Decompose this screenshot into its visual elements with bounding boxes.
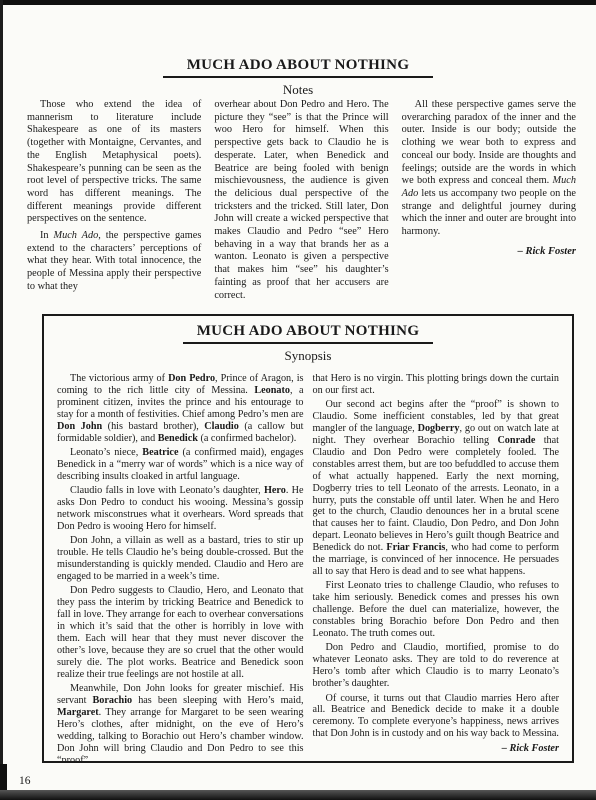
paragraph: Don Pedro suggests to Claudio, Hero, and… bbox=[57, 585, 304, 680]
scan-edge-bottom bbox=[0, 790, 596, 800]
notes-title: MUCH ADO ABOUT NOTHING bbox=[163, 57, 434, 78]
synopsis-column-2: that Hero is no virgin. This plotting br… bbox=[313, 373, 560, 763]
paragraph: Don Pedro and Claudio, mortified, promis… bbox=[313, 642, 560, 690]
page-number: 16 bbox=[19, 775, 31, 787]
synopsis-column-2-text: that Hero is no virgin. This plotting br… bbox=[313, 373, 560, 740]
paragraph: All these perspective games serve the ov… bbox=[402, 99, 576, 239]
synopsis-title: MUCH ADO ABOUT NOTHING bbox=[183, 323, 434, 344]
synopsis-columns: The victorious army of Don Pedro, Prince… bbox=[57, 373, 559, 763]
notes-column-3: All these perspective games serve the ov… bbox=[402, 99, 576, 306]
paragraph: First Leonato tries to challenge Claudio… bbox=[313, 580, 560, 640]
notes-columns: Those who extend the idea of mannerism t… bbox=[27, 99, 576, 306]
notes-column-1: Those who extend the idea of mannerism t… bbox=[27, 99, 201, 306]
paragraph: Claudio falls in love with Leonato’s dau… bbox=[57, 485, 304, 533]
notes-column-3-text: All these perspective games serve the ov… bbox=[402, 99, 576, 239]
notes-signature: – Rick Foster bbox=[402, 246, 576, 259]
notes-column-2: overhear about Don Pedro and Hero. The p… bbox=[214, 99, 388, 306]
paragraph: overhear about Don Pedro and Hero. The p… bbox=[214, 99, 388, 302]
paragraph: Don John, a villain as well as a bastard… bbox=[57, 535, 304, 583]
synopsis-column-1: The victorious army of Don Pedro, Prince… bbox=[57, 373, 304, 763]
paragraph: Of course, it turns out that Claudio mar… bbox=[313, 693, 560, 741]
synopsis-section-header: MUCH ADO ABOUT NOTHING Synopsis bbox=[57, 322, 559, 364]
paragraph: The victorious army of Don Pedro, Prince… bbox=[57, 373, 304, 444]
synopsis-box: MUCH ADO ABOUT NOTHING Synopsis The vict… bbox=[42, 314, 574, 763]
paragraph: In Much Ado, the perspective games exten… bbox=[27, 230, 201, 294]
paragraph: Our second act begins after the “proof” … bbox=[313, 399, 560, 578]
scan-edge-left bbox=[0, 0, 3, 800]
paragraph: Meanwhile, Don John looks for greater mi… bbox=[57, 683, 304, 763]
notes-section-header: MUCH ADO ABOUT NOTHING Notes bbox=[0, 56, 596, 98]
synopsis-subtitle: Synopsis bbox=[57, 348, 559, 364]
synopsis-signature: – Rick Foster bbox=[313, 743, 560, 755]
paragraph: Leonato’s niece, Beatrice (a confirmed m… bbox=[57, 447, 304, 483]
scan-edge-top bbox=[0, 0, 596, 5]
paragraph: that Hero is no virgin. This plotting br… bbox=[313, 373, 560, 397]
paragraph: Those who extend the idea of mannerism t… bbox=[27, 99, 201, 226]
notes-subtitle: Notes bbox=[0, 82, 596, 98]
